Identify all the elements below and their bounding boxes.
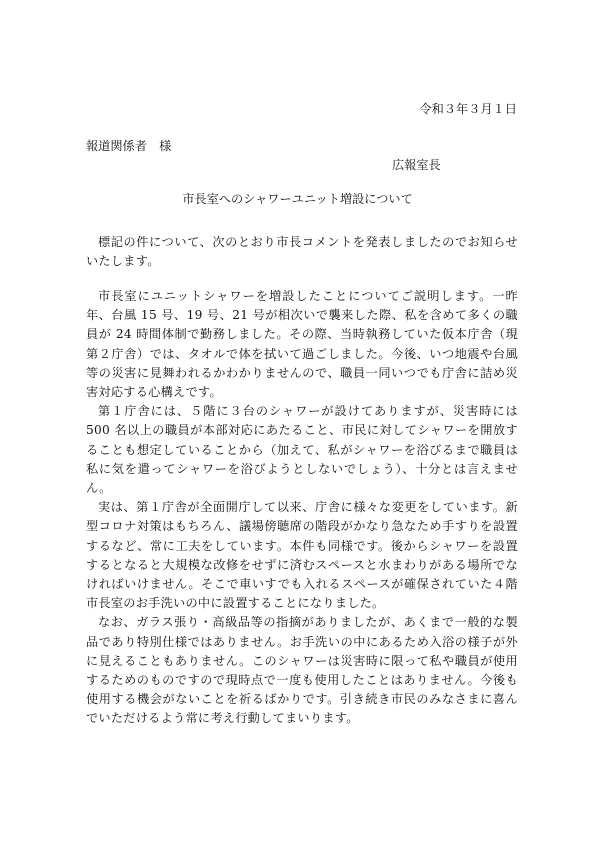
sender-line: 広報室長 [392, 156, 441, 175]
comment-body: 市長室にユニットシャワーを増設したことについてご説明します。一昨年、台風 15 … [86, 287, 518, 729]
document-title: 市長室へのシャワーユニット増設について [0, 190, 595, 209]
document-page: 令和３年３月１日 報道関係者 様 広報室長 市長室へのシャワーユニット増設につい… [0, 0, 595, 842]
paragraph-2: 第１庁舎には、５階に３台のシャワーが設けてありますが、災害時には 500 名以上… [86, 402, 518, 498]
intro-section: 標記の件について、次のとおり市長コメントを発表しましたのでお知らせいたします。 [86, 233, 518, 271]
intro-paragraph: 標記の件について、次のとおり市長コメントを発表しましたのでお知らせいたします。 [86, 233, 518, 271]
paragraph-1: 市長室にユニットシャワーを増設したことについてご説明します。一昨年、台風 15 … [86, 287, 518, 402]
document-date: 令和３年３月１日 [420, 100, 518, 119]
paragraph-4: なお、ガラス張り・高級品等の指摘がありましたが、あくまで一般的な製品であり特別仕… [86, 613, 518, 728]
paragraph-3: 実は、第１庁舎が全面開庁して以来、庁舎に様々な変更をしています。新型コロナ対策は… [86, 498, 518, 613]
recipient-line: 報道関係者 様 [86, 137, 171, 156]
